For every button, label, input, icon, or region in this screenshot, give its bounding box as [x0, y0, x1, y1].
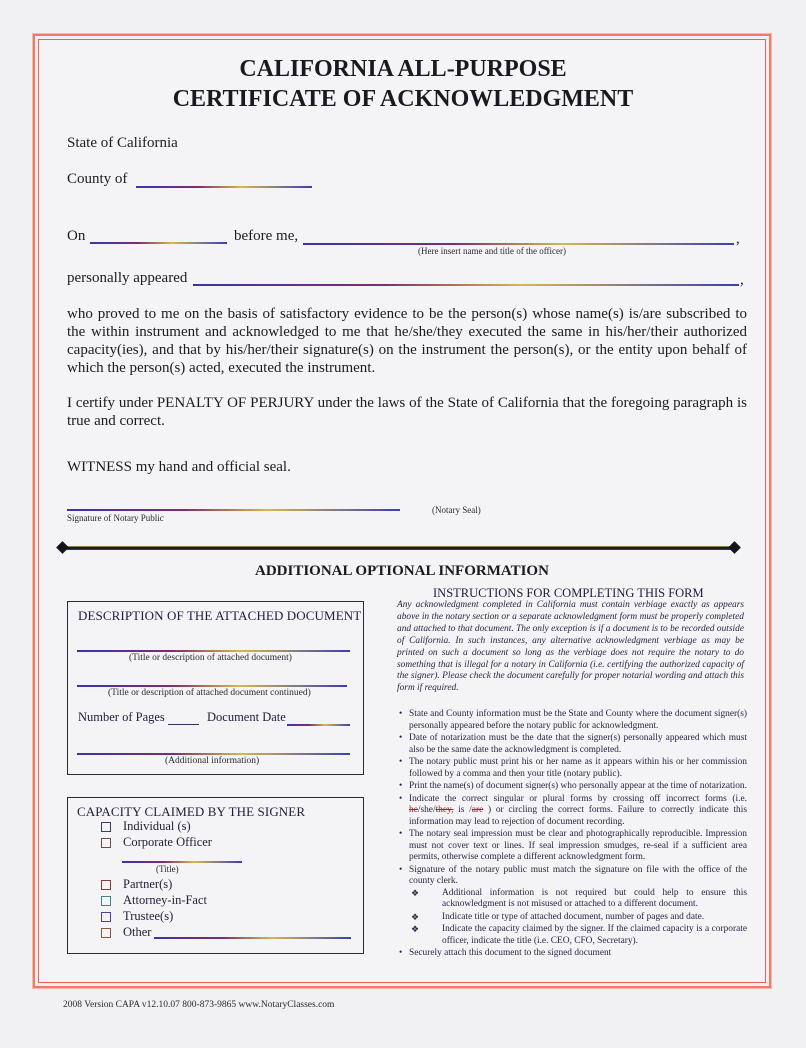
bullet-icon: • — [399, 757, 402, 769]
checkbox-other[interactable] — [101, 928, 111, 938]
instruction-item-forms: •Indicate the correct singular or plural… — [397, 794, 747, 829]
instruction-item: •The notary public must print his or her… — [397, 757, 747, 780]
instructions-list: •State and County information must be th… — [397, 709, 747, 961]
county-label: County of — [67, 170, 127, 188]
document-date-label: Document Date — [207, 710, 286, 725]
proof-paragraph: who proved to me on the basis of satisfa… — [67, 305, 747, 377]
capacity-option-label: Individual (s) — [123, 819, 191, 834]
instructions-intro: Any acknowledgment completed in Californ… — [397, 600, 744, 695]
on-label: On — [67, 227, 85, 245]
signer-name-field[interactable] — [193, 284, 739, 286]
instruction-item: •Date of notarization must be the date t… — [397, 733, 747, 756]
instruction-item: •Securely attach this document to the si… — [397, 948, 747, 960]
additional-info-hint: (Additional information) — [165, 756, 259, 766]
instruction-sub-item: ❖Additional information is not required … — [397, 888, 747, 911]
checkbox-corporate-officer[interactable] — [101, 838, 111, 848]
state-label: State of California — [67, 134, 178, 152]
document-title-hint: (Title or description of attached docume… — [129, 653, 292, 663]
form-title-line2: CERTIFICATE OF ACKNOWLEDGMENT — [0, 86, 806, 113]
signature-label: Signature of Notary Public — [67, 513, 164, 523]
bullet-icon: • — [399, 829, 402, 841]
diamond-bullet-icon: ❖ — [411, 924, 419, 936]
form-title-line1: CALIFORNIA ALL-PURPOSE — [0, 56, 806, 83]
notary-signature-field[interactable] — [67, 509, 400, 511]
pages-field[interactable] — [168, 724, 199, 725]
checkbox-trustee[interactable] — [101, 912, 111, 922]
instruction-item: •Print the name(s) of document signer(s)… — [397, 781, 747, 793]
diamond-bullet-icon: ❖ — [411, 912, 419, 924]
personally-appeared-label: personally appeared — [67, 269, 187, 287]
document-date-field[interactable] — [287, 724, 350, 726]
checkbox-partner[interactable] — [101, 880, 111, 890]
bullet-icon: • — [399, 948, 402, 960]
document-title-continued-hint: (Title or description of attached docume… — [108, 688, 311, 698]
bullet-icon: • — [399, 865, 402, 877]
checkbox-individual[interactable] — [101, 822, 111, 832]
corporate-title-hint: (Title) — [156, 864, 179, 874]
instruction-sub-item: ❖Indicate title or type of attached docu… — [397, 912, 747, 924]
capacity-option-label: Other — [123, 925, 151, 940]
officer-comma: , — [736, 230, 740, 248]
optional-info-heading: ADDITIONAL OPTIONAL INFORMATION — [255, 563, 549, 580]
officer-hint: (Here insert name and title of the offic… — [418, 246, 566, 256]
other-capacity-field[interactable] — [154, 937, 351, 939]
checkbox-attorney-in-fact[interactable] — [101, 896, 111, 906]
signer-comma: , — [740, 271, 744, 289]
diamond-bullet-icon: ❖ — [411, 888, 419, 900]
capacity-option-label: Partner(s) — [123, 877, 172, 892]
pages-label: Number of Pages — [78, 710, 165, 725]
document-title-continued-field[interactable] — [77, 685, 347, 687]
corporate-title-field[interactable] — [122, 861, 242, 863]
additional-info-field[interactable] — [77, 753, 350, 755]
capacity-option-label: Attorney-in-Fact — [123, 893, 207, 908]
document-title-field[interactable] — [77, 650, 350, 652]
capacity-box — [67, 797, 364, 954]
footer-version: 2008 Version CAPA v12.10.07 800-873-9865… — [63, 1000, 334, 1010]
instruction-item: •Signature of the notary public must mat… — [397, 865, 747, 948]
notary-seal-label: (Notary Seal) — [432, 505, 481, 515]
bullet-icon: • — [399, 781, 402, 793]
capacity-option-label: Corporate Officer — [123, 835, 212, 850]
instruction-sub-item: ❖Indicate the capacity claimed by the si… — [397, 924, 747, 947]
instructions-sub-list: ❖Additional information is not required … — [397, 888, 747, 948]
date-field[interactable] — [90, 242, 227, 244]
capacity-box-title: CAPACITY CLAIMED BY THE SIGNER — [77, 804, 305, 820]
county-field[interactable] — [136, 186, 312, 188]
witness-statement: WITNESS my hand and official seal. — [67, 458, 291, 476]
instruction-item: •The notary seal impression must be clea… — [397, 829, 747, 864]
officer-name-field[interactable] — [303, 243, 734, 245]
bullet-icon: • — [399, 733, 402, 745]
instruction-item: •State and County information must be th… — [397, 709, 747, 732]
instructions-heading: INSTRUCTIONS FOR COMPLETING THIS FORM — [433, 586, 704, 601]
bullet-icon: • — [399, 794, 402, 806]
description-box-title: DESCRIPTION OF THE ATTACHED DOCUMENT — [78, 608, 361, 624]
bullet-icon: • — [399, 709, 402, 721]
perjury-paragraph: I certify under PENALTY OF PERJURY under… — [67, 394, 747, 430]
section-divider — [63, 546, 735, 550]
before-me-label: before me, — [234, 227, 298, 245]
capacity-option-label: Trustee(s) — [123, 909, 173, 924]
